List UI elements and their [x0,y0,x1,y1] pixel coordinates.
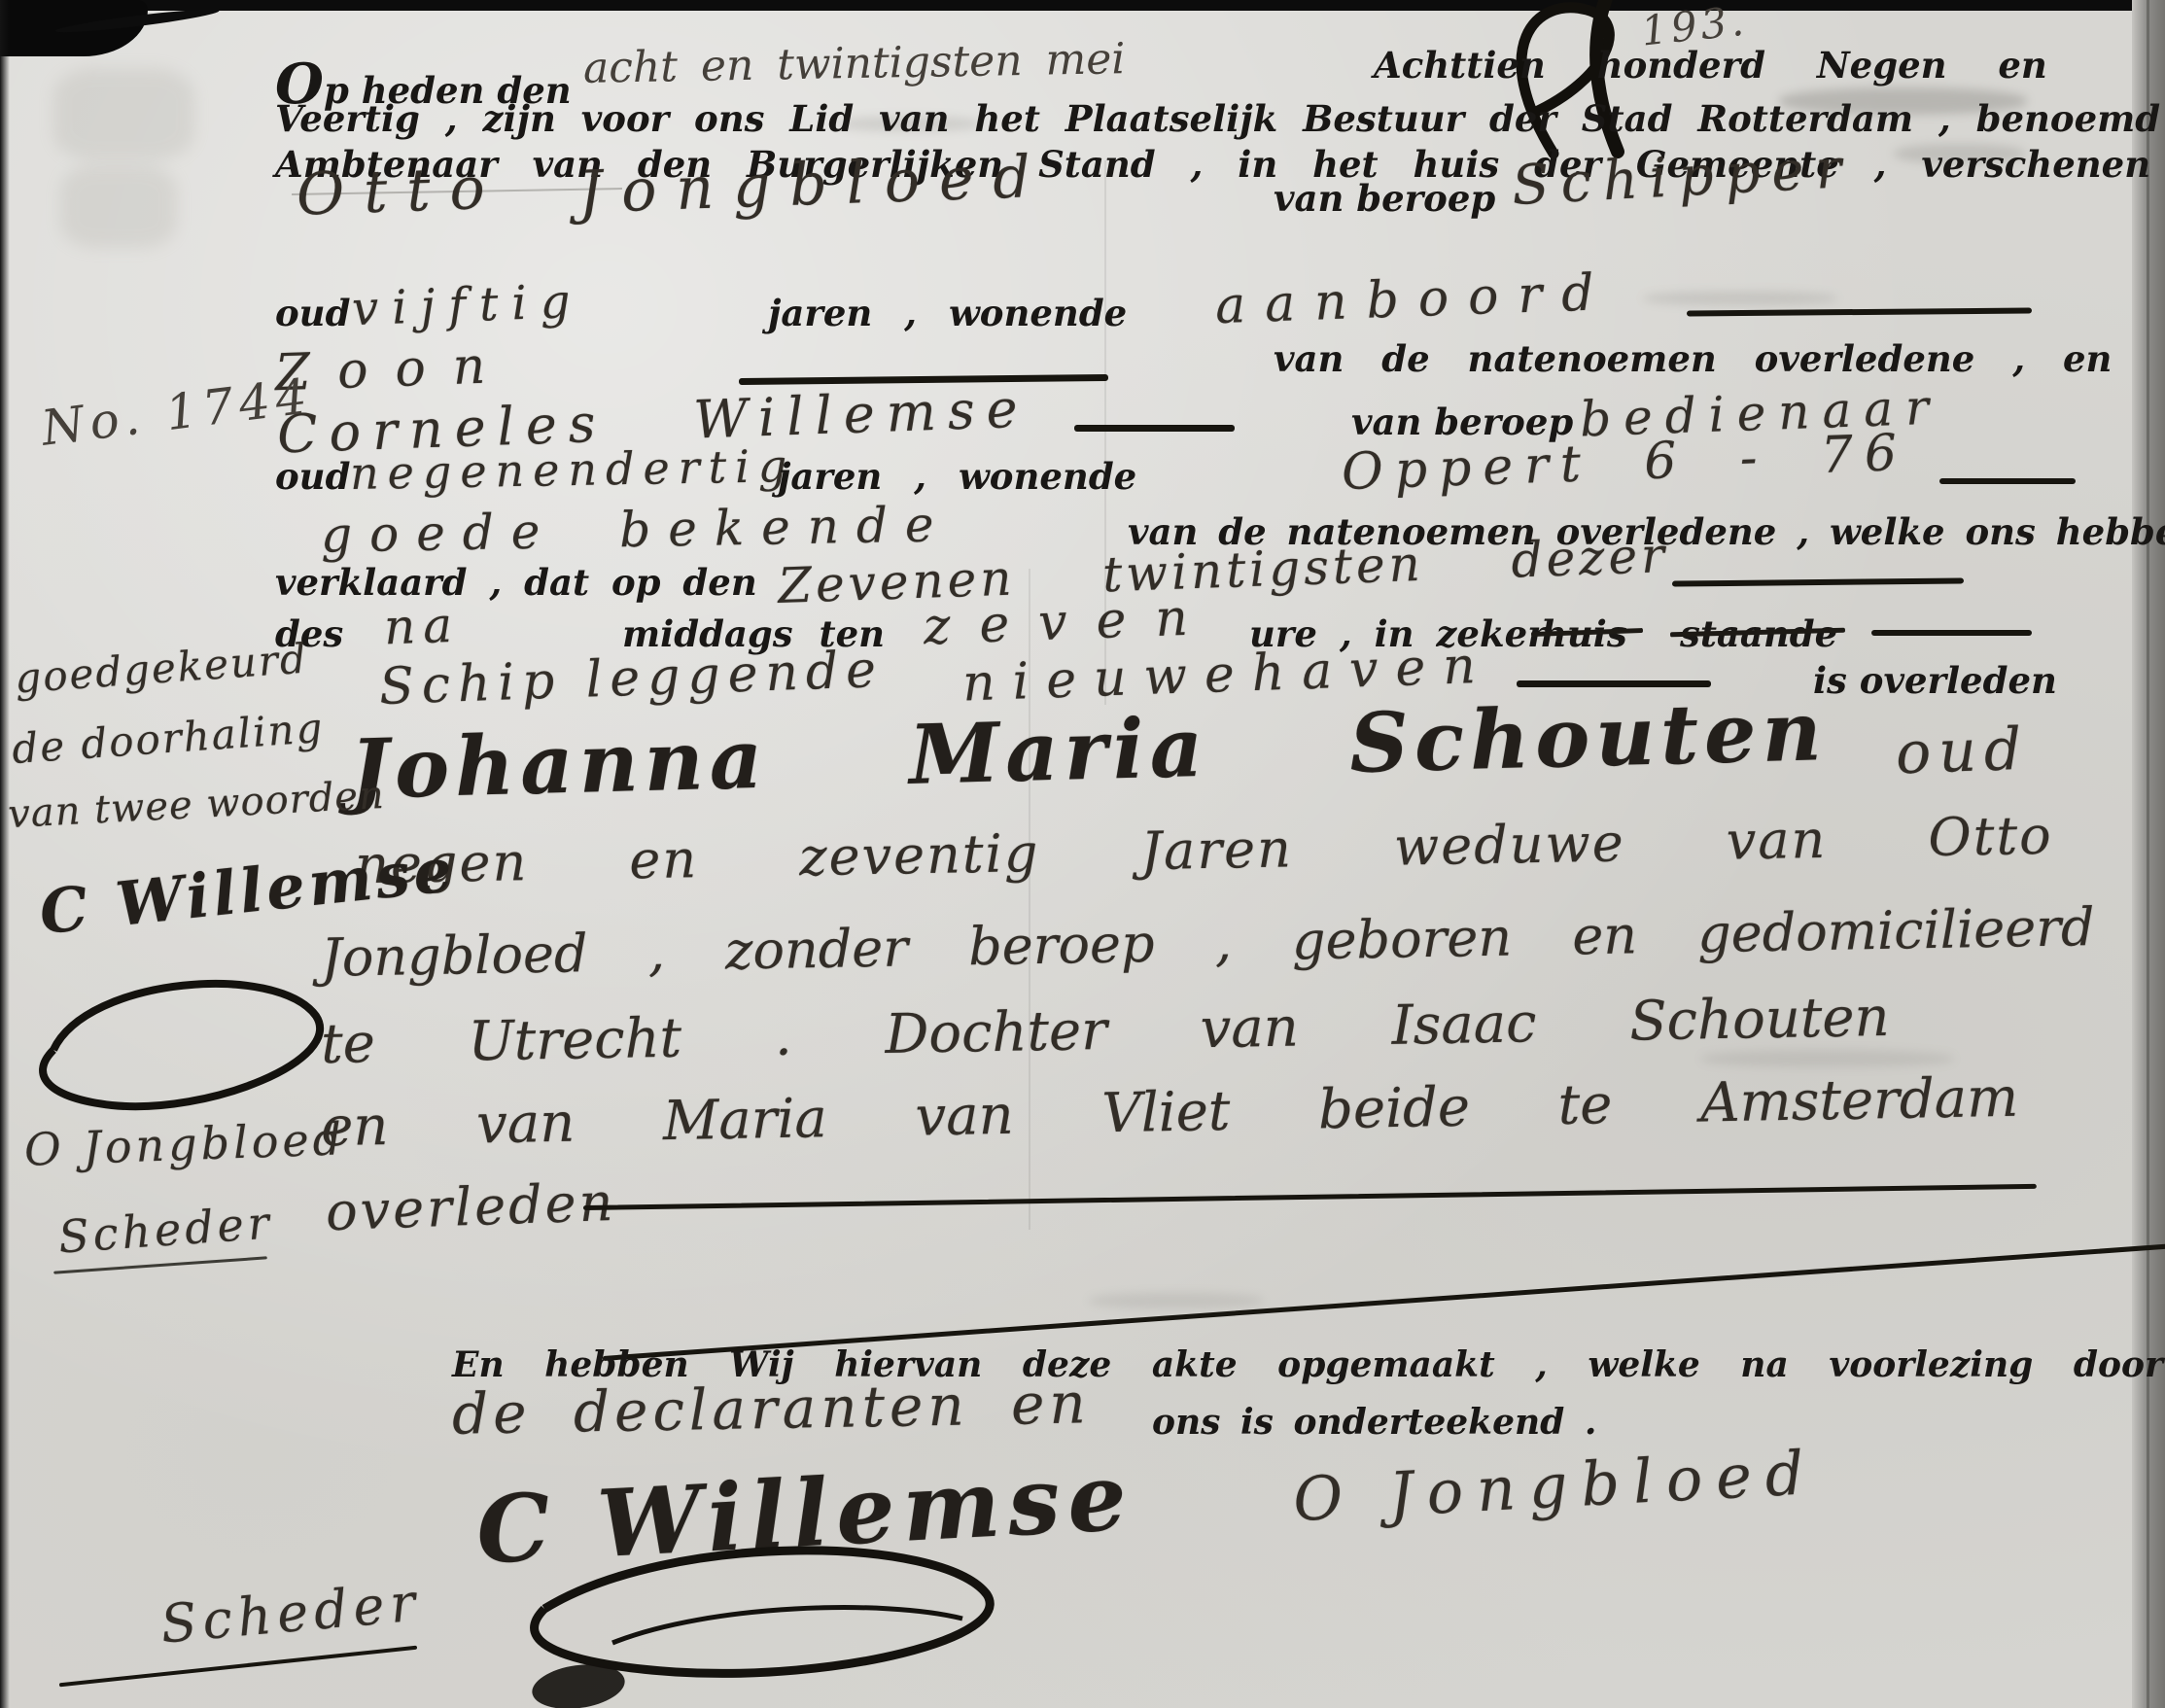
filler-line-diagonal [603,1243,2165,1361]
declarant1-first-name: Otto [296,154,506,228]
bleedthrough-smudge [1089,1293,1264,1308]
faint-watermark [53,68,194,160]
margin-note-approval-1: goedgekeurd [14,635,310,703]
printed-line2: Veertig , zijn voor ons Lid van het Plaa… [275,97,2160,140]
declarant2-relation: goede bekende [321,496,952,563]
printed-year: Achttien honderd Negen en [1374,44,2047,87]
scan-left-edge [0,0,10,1708]
overleden-entry: overleden [325,1171,616,1242]
filler-dash [1687,307,2032,316]
margin-signature-official: Scheder [56,1196,274,1263]
faint-watermark [60,165,177,248]
handwritten-date: acht en twintigsten mei [583,34,1126,93]
printed-van-beroep-1: van beroep [1274,177,1495,220]
filler-dash [1672,577,1964,586]
filler-dash [1871,630,2032,636]
death-certificate-scan: 193. Op heden den acht en twintigsten me… [0,0,2165,1708]
deceased-oud: oud [1895,715,2031,788]
signature-jongbloed: O Jongbloed [1291,1437,1819,1535]
signature-flourish-icon [418,1526,1118,1708]
declaranten-insert: de declaranten en [451,1370,1091,1447]
deceased-line3: te Utrecht . Dochter van Isaac Schouten [321,986,1891,1076]
bleedthrough-smudge [1701,1050,1954,1067]
scan-top-edge [0,0,2165,11]
declarant1-age: vijftig [351,274,584,336]
margin-act-number: No. 1744 [39,367,316,457]
scan-right-edge-line [2147,0,2149,1708]
declarant1-residence: aanboord [1214,263,1614,335]
bleedthrough-smudge [1643,292,1837,305]
margin-note-approval-3: van twee woorden [7,773,386,837]
deceased-line2: Jongbloed , zonder beroep , geboren en g… [321,896,2095,989]
filler-line [583,1184,2037,1210]
signature-official: Scheder [158,1571,424,1655]
printed-oud-1: oud [275,292,350,334]
declarant2-age: negenendertig [350,439,796,500]
margin-signature-loop-icon [29,958,350,1128]
deceased-line4: en van Maria van Vliet beide te Amsterda… [321,1066,2019,1159]
printed-is-overleden: is overleden [1813,659,2057,702]
filler-dash [1074,425,1235,432]
deceased-age-line: negen en zeventig Jaren weduwe van Otto [355,805,2054,895]
margin-signature-jongbloed: O Jongbloed [23,1112,346,1175]
printed-line3: Ambtenaar van den Burgerlijken Stand , i… [275,143,2165,186]
printed-natenoemen-1: van de natenoemen overledene , en [1274,337,2112,380]
filler-dash [1939,478,2076,484]
time-na-entry: na [383,597,461,656]
signature-underline [59,1646,417,1688]
printed-oud-2: oud [275,455,350,498]
hour-entry: zeven [923,588,1218,656]
printed-verklaard: verklaard , dat op den [275,561,757,604]
printed-onderteekend: ons is onderteekend . [1152,1402,1596,1443]
printed-jaren-wonende-2: jaren , wonende [778,455,1136,498]
margin-note-approval-2: de doorhaling [11,704,326,773]
printed-jaren-wonende-1: jaren , wonende [768,292,1127,334]
